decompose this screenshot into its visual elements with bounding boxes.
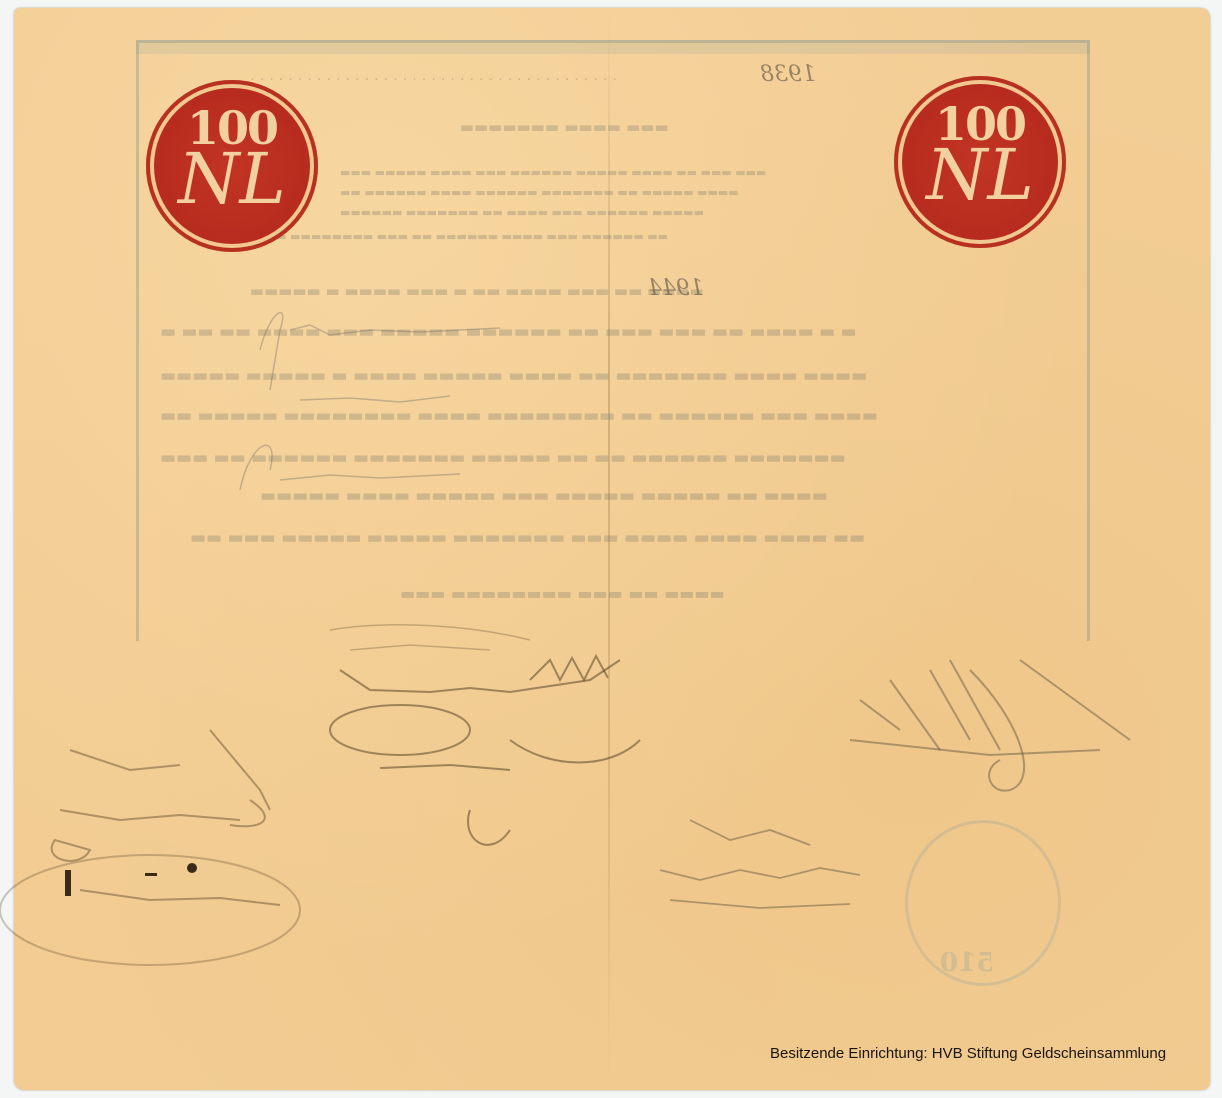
ghost-text-line: ▬▬▬▬ ▬▬ ▬▬▬ ▬▬▬▬▬▬▬▬ ▬▬▬ xyxy=(400,584,725,603)
ghost-text-line: ▬▬ ▬▬▬▬ ▬▬▬▬ ▬▬▬▬ ▬▬▬ ▬▬▬▬▬▬▬ ▬▬▬▬▬ ▬▬▬▬… xyxy=(190,528,865,548)
ghost-text-line: ▬▬▬▬ ▬▬▬▬▬ ▬▬ ▬▬▬▬▬▬▬ ▬▬▬▬▬▬ ▬▬▬▬ ▬▬▬▬▬▬… xyxy=(340,186,739,199)
ghost-text-line: ▬▬▬ ▬▬▬ ▬▬ ▬▬▬▬ ▬▬▬▬▬ ▬▬▬▬▬▬ ▬▬▬ ▬▬▬▬ ▬▬… xyxy=(340,166,766,179)
seal-monogram: NL xyxy=(178,151,286,207)
seal-left: 100 NL xyxy=(146,80,318,252)
handwritten-number: 1944 xyxy=(648,276,704,301)
ownership-caption: Besitzende Einrichtung: HVB Stiftung Gel… xyxy=(770,1045,1166,1062)
signature-center xyxy=(310,620,690,880)
seal-monogram: NL xyxy=(926,147,1034,203)
ghost-text-line: ▬▬▬ ▬▬▬▬ ▬▬▬▬▬▬▬ xyxy=(460,118,669,136)
signature-bottom-center xyxy=(640,800,880,920)
signature-left xyxy=(20,710,340,970)
handwritten-annotation xyxy=(200,290,600,530)
handwritten-number: 1938 xyxy=(760,62,816,87)
ghost-text-line: . . . . . . . . . . . . . . . . . . . . … xyxy=(250,66,617,84)
ghost-text-line: ▬▬▬▬▬ ▬▬▬▬▬▬ ▬▬▬ ▬▬▬▬ ▬▬ ▬▬▬▬▬▬▬ ▬▬▬▬▬▬ xyxy=(340,206,704,219)
stamp-number: 510 xyxy=(940,948,994,978)
seal-right: 100 NL xyxy=(894,76,1066,248)
signature-right xyxy=(840,640,1160,820)
